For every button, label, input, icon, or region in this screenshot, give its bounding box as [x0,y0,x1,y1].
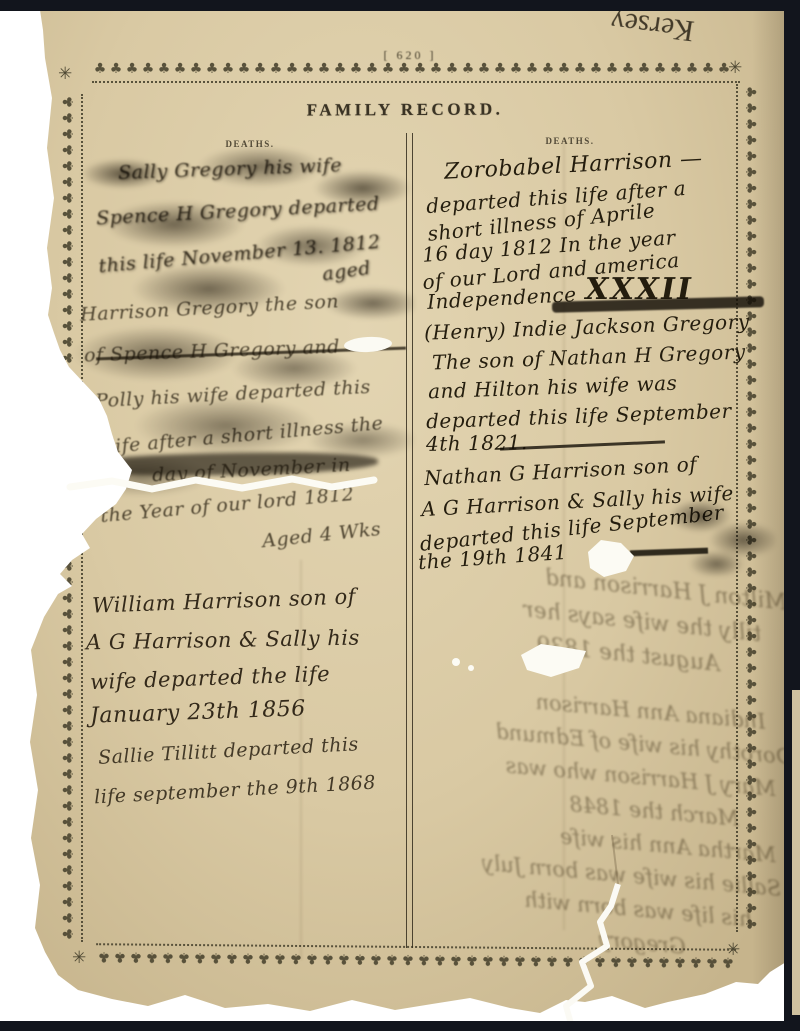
ink-blotch-field [72,145,414,505]
scanner-band-bottom [0,1021,800,1031]
scanner-band-top [0,0,800,11]
entry-line: Aged 4 Wks [261,518,382,552]
ornament-border-top: ♣♣♣♣♣♣♣♣♣♣♣♣♣♣♣♣♣♣♣♣♣♣♣♣♣♣♣♣♣♣♣♣♣♣♣♣♣♣♣♣ [92,62,740,83]
entry-line: and Hilton his wife was [428,371,678,404]
entry-line: departed this life September [426,399,732,434]
entry-line: William Harrison son of [92,584,357,617]
entry-line: A G Harrison & Sally his [86,626,360,655]
scanned-family-record-page: Kersey [ 620 ] ♣♣♣♣♣♣♣♣♣♣♣♣♣♣♣♣♣♣♣♣♣♣♣♣♣… [0,0,800,1031]
ink-blot [668,496,776,576]
entry-line: The son of Nathan H Gregory [432,340,746,375]
deaths-header-right: DEATHS. [515,136,625,146]
corner-star-icon: ✳ [58,64,72,84]
entry-line: Sallie Tillitt departed this [98,733,360,769]
paper-crease [300,560,302,960]
page-title: FAMILY RECORD. [90,98,720,121]
entry-line: life september the 9th 1868 [94,772,377,809]
entry-line: January 23th 1856 [90,696,307,729]
entry-line: 4th 1821. [426,430,528,456]
corner-star-icon: ✳ [728,58,742,78]
adjacent-page-edge [792,690,800,1015]
entry-line: (Henry) Indie Jackson Gregory [424,309,750,344]
bleedthrough-text-lower: Indiana Ann Harrison Dorothy his wife of… [407,676,797,971]
paper-sheet: Kersey [ 620 ] ♣♣♣♣♣♣♣♣♣♣♣♣♣♣♣♣♣♣♣♣♣♣♣♣♣… [0,0,800,1031]
corner-star-icon: ✳ [72,948,86,968]
entry-line: wife departed the life [90,662,331,694]
